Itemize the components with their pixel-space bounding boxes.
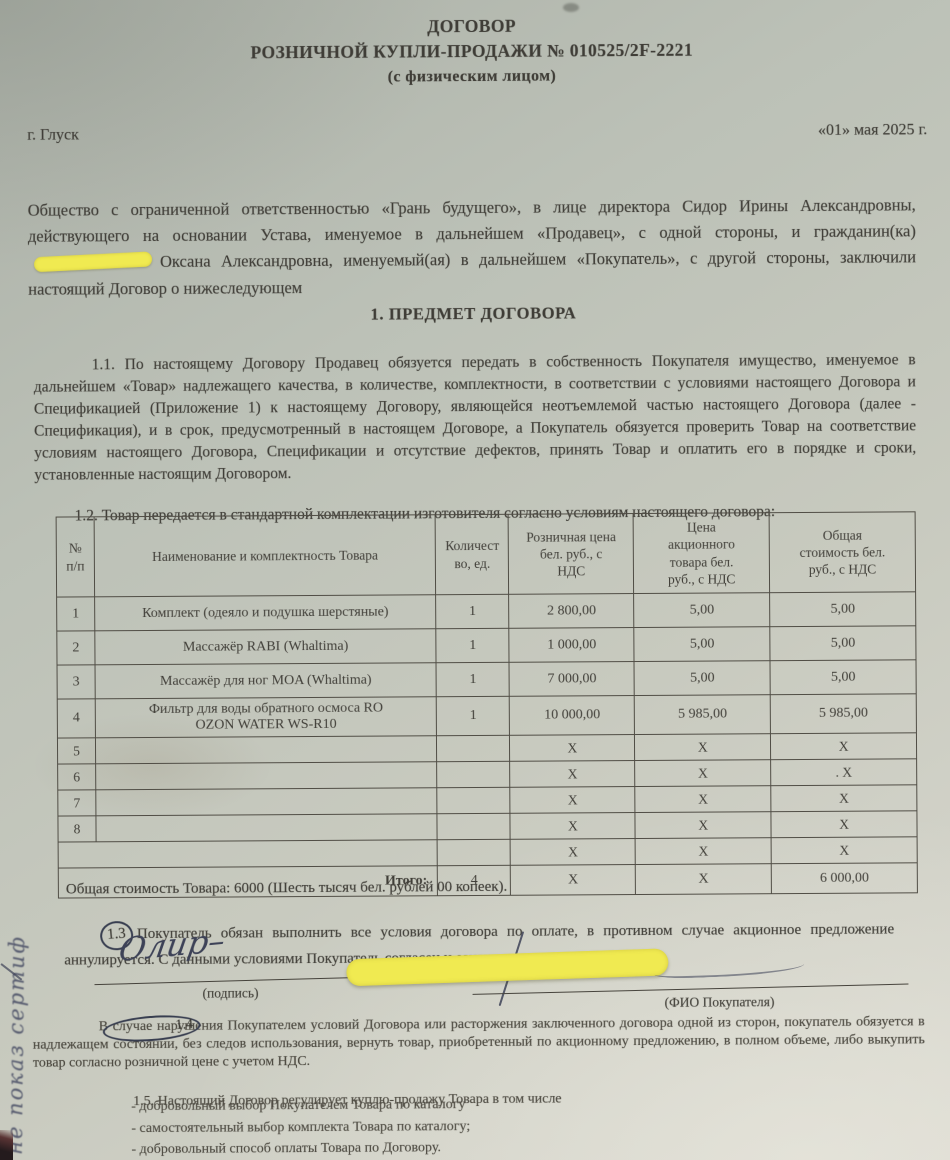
table-row: 1Комплект (одеяло и подушка шерстяные)12… bbox=[57, 592, 916, 631]
table-cell bbox=[96, 762, 438, 790]
table-cell: X bbox=[771, 811, 917, 838]
table-cell: X bbox=[771, 785, 917, 812]
table-cell: 5,00 bbox=[634, 593, 770, 628]
table-cell: X bbox=[510, 761, 635, 788]
table-cell: 8 bbox=[58, 816, 96, 842]
table-cell: Комплект (одеяло и подушка шерстяные) bbox=[95, 595, 437, 631]
table-row: 2Массажёр RABI (Whaltima)11 000,005,005,… bbox=[57, 626, 916, 665]
fio-line bbox=[473, 984, 909, 995]
table-cell: 7 bbox=[58, 790, 96, 816]
table-cell bbox=[95, 736, 437, 764]
specification-table: № п/п Наименование и комплектность Товар… bbox=[56, 511, 918, 898]
table-cell bbox=[58, 840, 438, 868]
table-cell: X bbox=[771, 733, 917, 760]
table-cell: 2 bbox=[57, 631, 95, 665]
highlighter-redaction-fio bbox=[346, 948, 669, 986]
table-cell: X bbox=[635, 812, 771, 839]
table-cell: X bbox=[635, 786, 771, 813]
table-cell bbox=[437, 813, 510, 839]
table-cell: X bbox=[635, 838, 771, 865]
table-cell: 5 bbox=[57, 738, 95, 764]
table-cell: 3 bbox=[57, 665, 95, 699]
table-cell: 1 bbox=[436, 594, 509, 628]
table-cell: X bbox=[510, 787, 635, 814]
signature-block: Олир– (подпись) (ФИО Покупателя) bbox=[2, 935, 950, 1019]
table-cell bbox=[437, 787, 510, 813]
table-cell: 1 bbox=[436, 662, 509, 696]
table-cell: 10 000,00 bbox=[510, 696, 635, 736]
col-header-num: № п/п bbox=[56, 517, 94, 597]
preamble-before-name: Общество с ограниченной ответственностью… bbox=[28, 195, 916, 246]
clause-1-5-bullet-list: - добровольный выбор Покупателем Товара … bbox=[131, 1094, 831, 1160]
table-cell bbox=[438, 839, 511, 865]
col-header-retail-price: Розничная цена бел. руб., с НДС bbox=[508, 514, 633, 595]
table-cell: . X bbox=[771, 759, 917, 786]
city-date-row: г. Глуск «01» мая 2025 г. bbox=[27, 121, 927, 144]
title-line-3: (с физическим лицом) bbox=[0, 62, 947, 91]
table-cell bbox=[437, 761, 510, 787]
date-label: «01» мая 2025 г. bbox=[818, 121, 927, 140]
table-cell: 5,00 bbox=[770, 626, 916, 661]
photo-corner-shadow bbox=[0, 1130, 13, 1160]
table-cell: 5,00 bbox=[634, 661, 770, 696]
table-row: 4Фильтр для воды обратного осмоса RO OZO… bbox=[57, 694, 916, 738]
table-cell: 1 bbox=[57, 597, 95, 631]
table-cell: 1 000,00 bbox=[509, 628, 634, 663]
table-cell: 6 bbox=[58, 764, 96, 790]
highlighter-redaction-name bbox=[34, 252, 153, 273]
table-cell: X bbox=[771, 837, 917, 864]
table-cell: 5 985,00 bbox=[634, 695, 770, 735]
table-cell: X bbox=[635, 760, 771, 787]
signature-caption: (подпись) bbox=[202, 985, 258, 1001]
table-cell: 5,00 bbox=[770, 660, 916, 695]
table-cell: X bbox=[510, 839, 635, 866]
preamble-paragraph: Общество с ограниченной ответственностью… bbox=[28, 192, 917, 303]
table-cell: 1 bbox=[436, 628, 509, 662]
table-cell: 5,00 bbox=[770, 592, 916, 627]
table-cell: 5,00 bbox=[634, 627, 770, 662]
bullet-item: - добровольный способ оплаты Товара по Д… bbox=[131, 1137, 831, 1159]
clause-1-4: 1.4В случае нарушения Покупателем услови… bbox=[33, 1013, 925, 1073]
table-cell: Фильтр для воды обратного осмоса RO OZON… bbox=[95, 697, 437, 738]
table-row: 3Массажёр для ног MOA (Whaltima)17 000,0… bbox=[57, 660, 916, 699]
table-cell: X bbox=[510, 735, 635, 762]
col-header-qty: Количест во, ед. bbox=[436, 514, 509, 595]
clause-1-1: 1.1. По настоящему Договору Продавец обя… bbox=[34, 349, 917, 486]
table-cell: Массажёр RABI (Whaltima) bbox=[95, 629, 437, 665]
table-cell: 7 000,00 bbox=[509, 662, 634, 697]
table-cell: X bbox=[635, 734, 771, 761]
section-1-heading: 1. ПРЕДМЕТ ДОГОВОРА bbox=[0, 301, 948, 327]
col-header-total-cost: Общая стоимость бел. руб., с НДС bbox=[769, 512, 915, 593]
bullet-item: - самостоятельный выбор комплекта Товара… bbox=[131, 1115, 831, 1137]
fio-caption: (ФИО Покупателя) bbox=[665, 994, 775, 1011]
scanned-contract-page: ДОГОВОР РОЗНИЧНОЙ КУПЛИ-ПРОДАЖИ № 010525… bbox=[0, 0, 950, 1160]
table-cell: 4 bbox=[57, 699, 95, 738]
col-header-promo-price: Цена акционного товара бел. руб., с НДС bbox=[633, 513, 769, 594]
table-cell bbox=[437, 735, 510, 761]
bullet-item: - добровольный выбор Покупателем Товара … bbox=[131, 1094, 831, 1116]
handwritten-margin-note: не показ сертиф bbox=[3, 845, 31, 1155]
table-cell: Массажёр для ног MOA (Whaltima) bbox=[95, 663, 437, 699]
table-cell: 2 800,00 bbox=[509, 594, 634, 629]
table-cell: 5 985,00 bbox=[770, 694, 916, 734]
handwriting-tail bbox=[654, 957, 805, 979]
table-cell bbox=[96, 788, 438, 816]
document-title: ДОГОВОР РОЗНИЧНОЙ КУПЛИ-ПРОДАЖИ № 010525… bbox=[0, 11, 947, 91]
spec-table-header: № п/п Наименование и комплектность Товар… bbox=[56, 512, 915, 597]
preamble-after-name: Оксана Александровна, именуемый(ая) в да… bbox=[28, 248, 916, 299]
table-cell: X bbox=[510, 813, 635, 840]
col-header-name: Наименование и комплектность Товара bbox=[94, 515, 436, 597]
table-cell bbox=[96, 814, 438, 842]
table-cell: 1 bbox=[437, 696, 510, 735]
city-label: г. Глуск bbox=[27, 126, 79, 144]
spec-table-body: 1Комплект (одеяло и подушка шерстяные)12… bbox=[57, 592, 918, 868]
